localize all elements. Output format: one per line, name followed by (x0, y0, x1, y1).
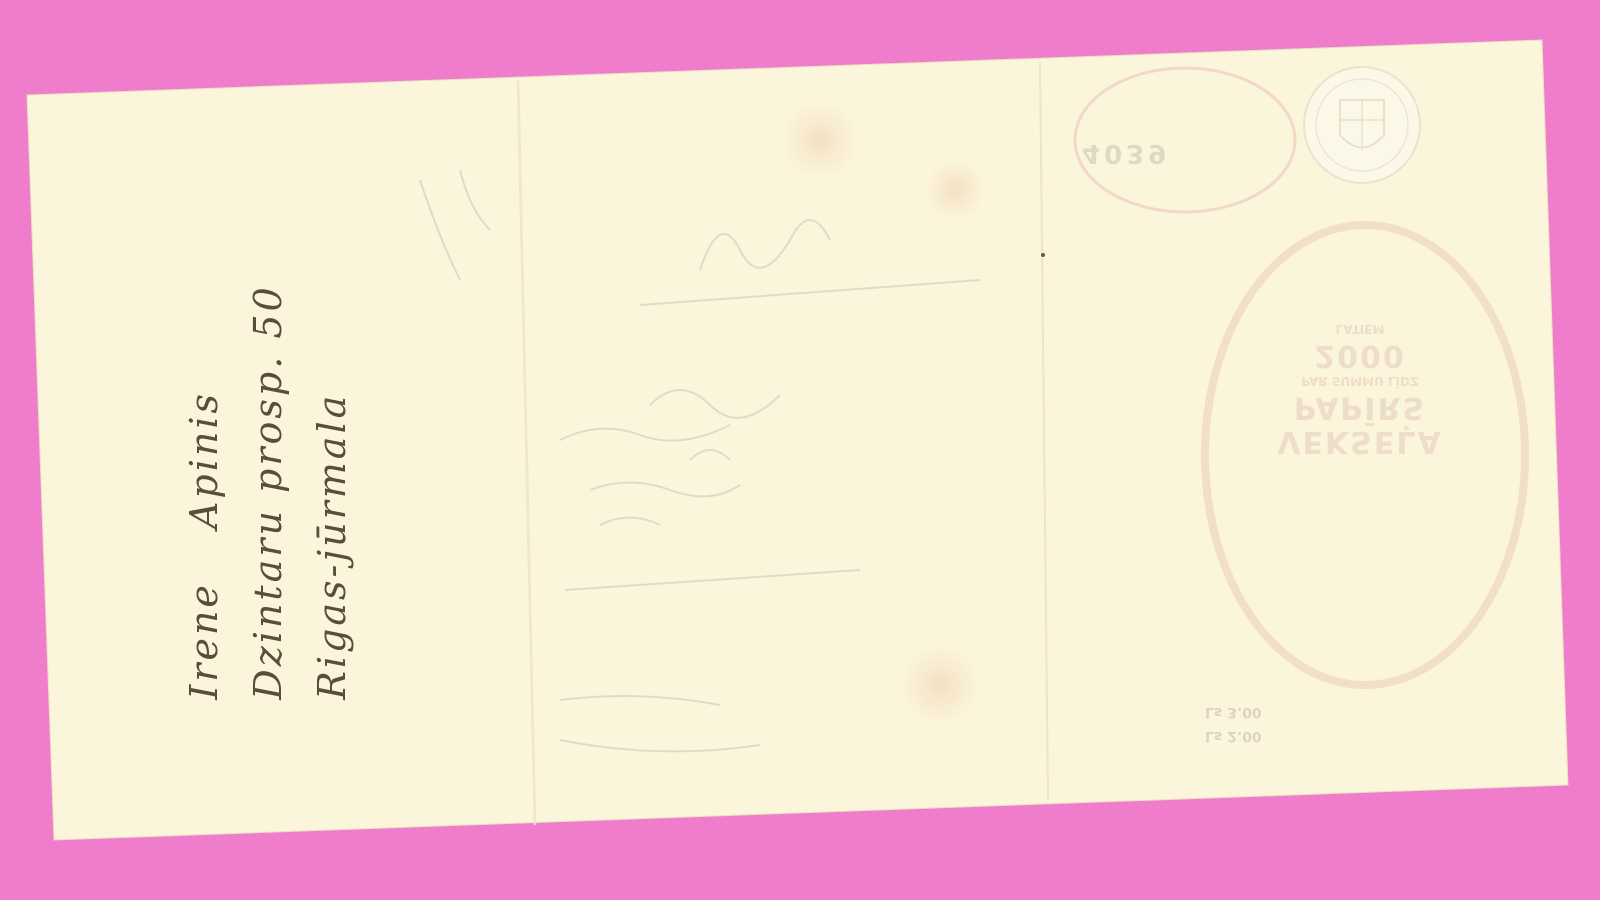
address-city: Rigas-jūrmala (300, 284, 364, 739)
footer-line: Ls 2.00 (1205, 724, 1262, 748)
show-through-number: 4039 (1082, 138, 1170, 168)
stamp-line: PAR SUMMU LĪDZ (1195, 372, 1525, 390)
stamp-line: PAPĪRS (1195, 390, 1525, 424)
document-scan: 4039 VEKSEĻA PAPĪRS PAR SUMMU LĪDZ 2000 … (0, 0, 1600, 900)
stamp-line: VEKSEĻA (1195, 424, 1525, 458)
stamp-line: 2000 (1195, 338, 1525, 372)
stamp-line: LATIEM (1195, 320, 1525, 338)
show-through-stamp-text: VEKSEĻA PAPĪRS PAR SUMMU LĪDZ 2000 LATIE… (1195, 320, 1525, 458)
show-through-footer: Ls 2.00 Ls 3.00 (1205, 700, 1262, 748)
address-street: Dzintaru prosp. 50 (236, 284, 300, 739)
embossed-seal-icon (1304, 67, 1420, 183)
address-name: Irene Apinis (172, 284, 236, 739)
footer-line: Ls 3.00 (1205, 700, 1262, 724)
